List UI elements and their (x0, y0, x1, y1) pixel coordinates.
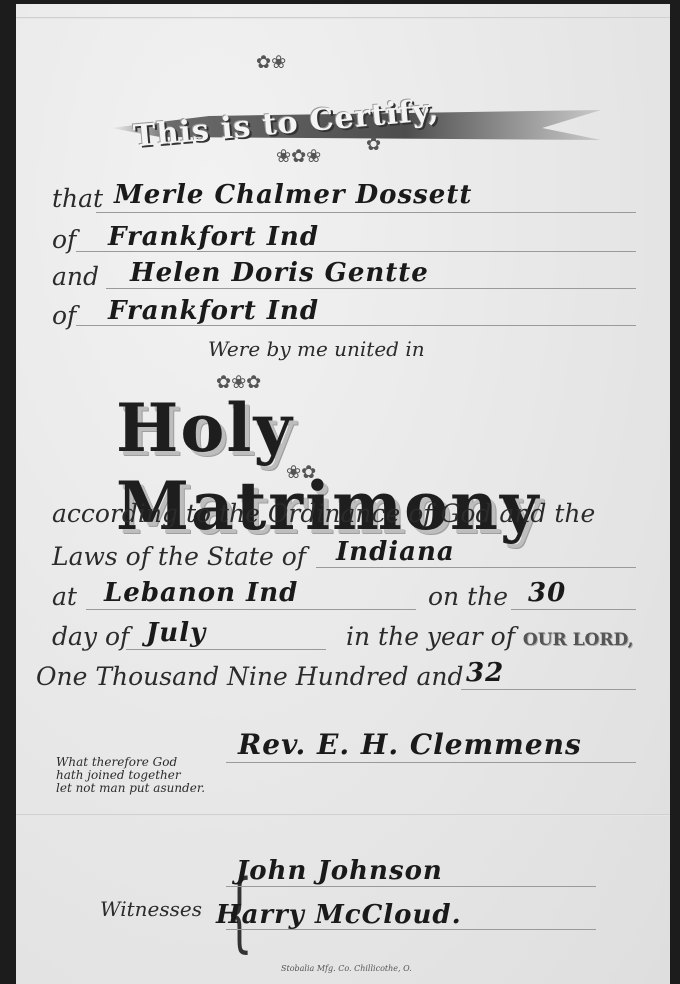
certify-label-and: and (52, 262, 99, 291)
witness-2: Harry McCloud. (216, 900, 462, 930)
bride-residence: Frankfort Ind (108, 296, 319, 326)
witnesses-label: Witnesses (100, 897, 202, 921)
month-label: day of (52, 622, 129, 651)
fill-line (126, 649, 326, 650)
certify-label-of: of (52, 301, 76, 330)
fill-line (226, 886, 596, 887)
fold-line-bottom (16, 814, 670, 816)
officiant-signature-line (226, 762, 636, 763)
place-label: at (52, 582, 77, 611)
day-value: 30 (528, 578, 566, 608)
year-value: 32 (466, 658, 504, 688)
place-value: Lebanon Ind (104, 578, 298, 608)
fill-line (96, 212, 636, 213)
year-label: One Thousand Nine Hundred and (36, 662, 463, 691)
laws-label: Laws of the State of (52, 542, 306, 571)
fold-line-top (16, 17, 670, 19)
year-of-label: in the year of OUR LORD, (346, 622, 634, 651)
fill-line (316, 567, 636, 568)
state-value: Indiana (336, 537, 455, 567)
certify-label-that: that (52, 184, 103, 213)
day-label: on the (428, 582, 508, 611)
bride-name: Helen Doris Gentte (130, 258, 429, 288)
fill-line (106, 288, 636, 289)
fill-line (511, 609, 636, 610)
header-banner: This is to Certify, (111, 96, 616, 154)
flower-ornament-icon: ✿ (366, 134, 381, 155)
month-value: July (146, 618, 206, 648)
witness-1: John Johnson (236, 856, 443, 886)
certify-label-of: of (52, 225, 76, 254)
flower-ornament-icon: ❀✿❀ (276, 146, 321, 167)
fill-line (86, 609, 416, 610)
flower-ornament-icon: ✿❀ (256, 52, 286, 73)
year-of-text: in the year of (346, 622, 515, 651)
printer-imprint: Stobalia Mfg. Co. Chillicothe, O. (281, 964, 412, 973)
scripture-motto: What therefore God hath joined together … (56, 756, 205, 795)
groom-name: Merle Chalmer Dossett (114, 180, 472, 210)
our-lord-text: OUR LORD, (523, 630, 634, 650)
united-text: Were by me united in (208, 337, 425, 361)
groom-residence: Frankfort Ind (108, 222, 319, 252)
certificate-paper: This is to Certify, ✿❀ ❀✿❀ ✿ that Merle … (16, 4, 670, 984)
officiant-signature: Rev. E. H. Clemmens (238, 728, 582, 761)
fill-line (461, 689, 636, 690)
ordinance-text: according to the Ordinance of God and th… (52, 499, 595, 528)
flower-ornament-icon: ❀✿ (286, 462, 316, 483)
motto-line: let not man put asunder. (56, 782, 205, 795)
